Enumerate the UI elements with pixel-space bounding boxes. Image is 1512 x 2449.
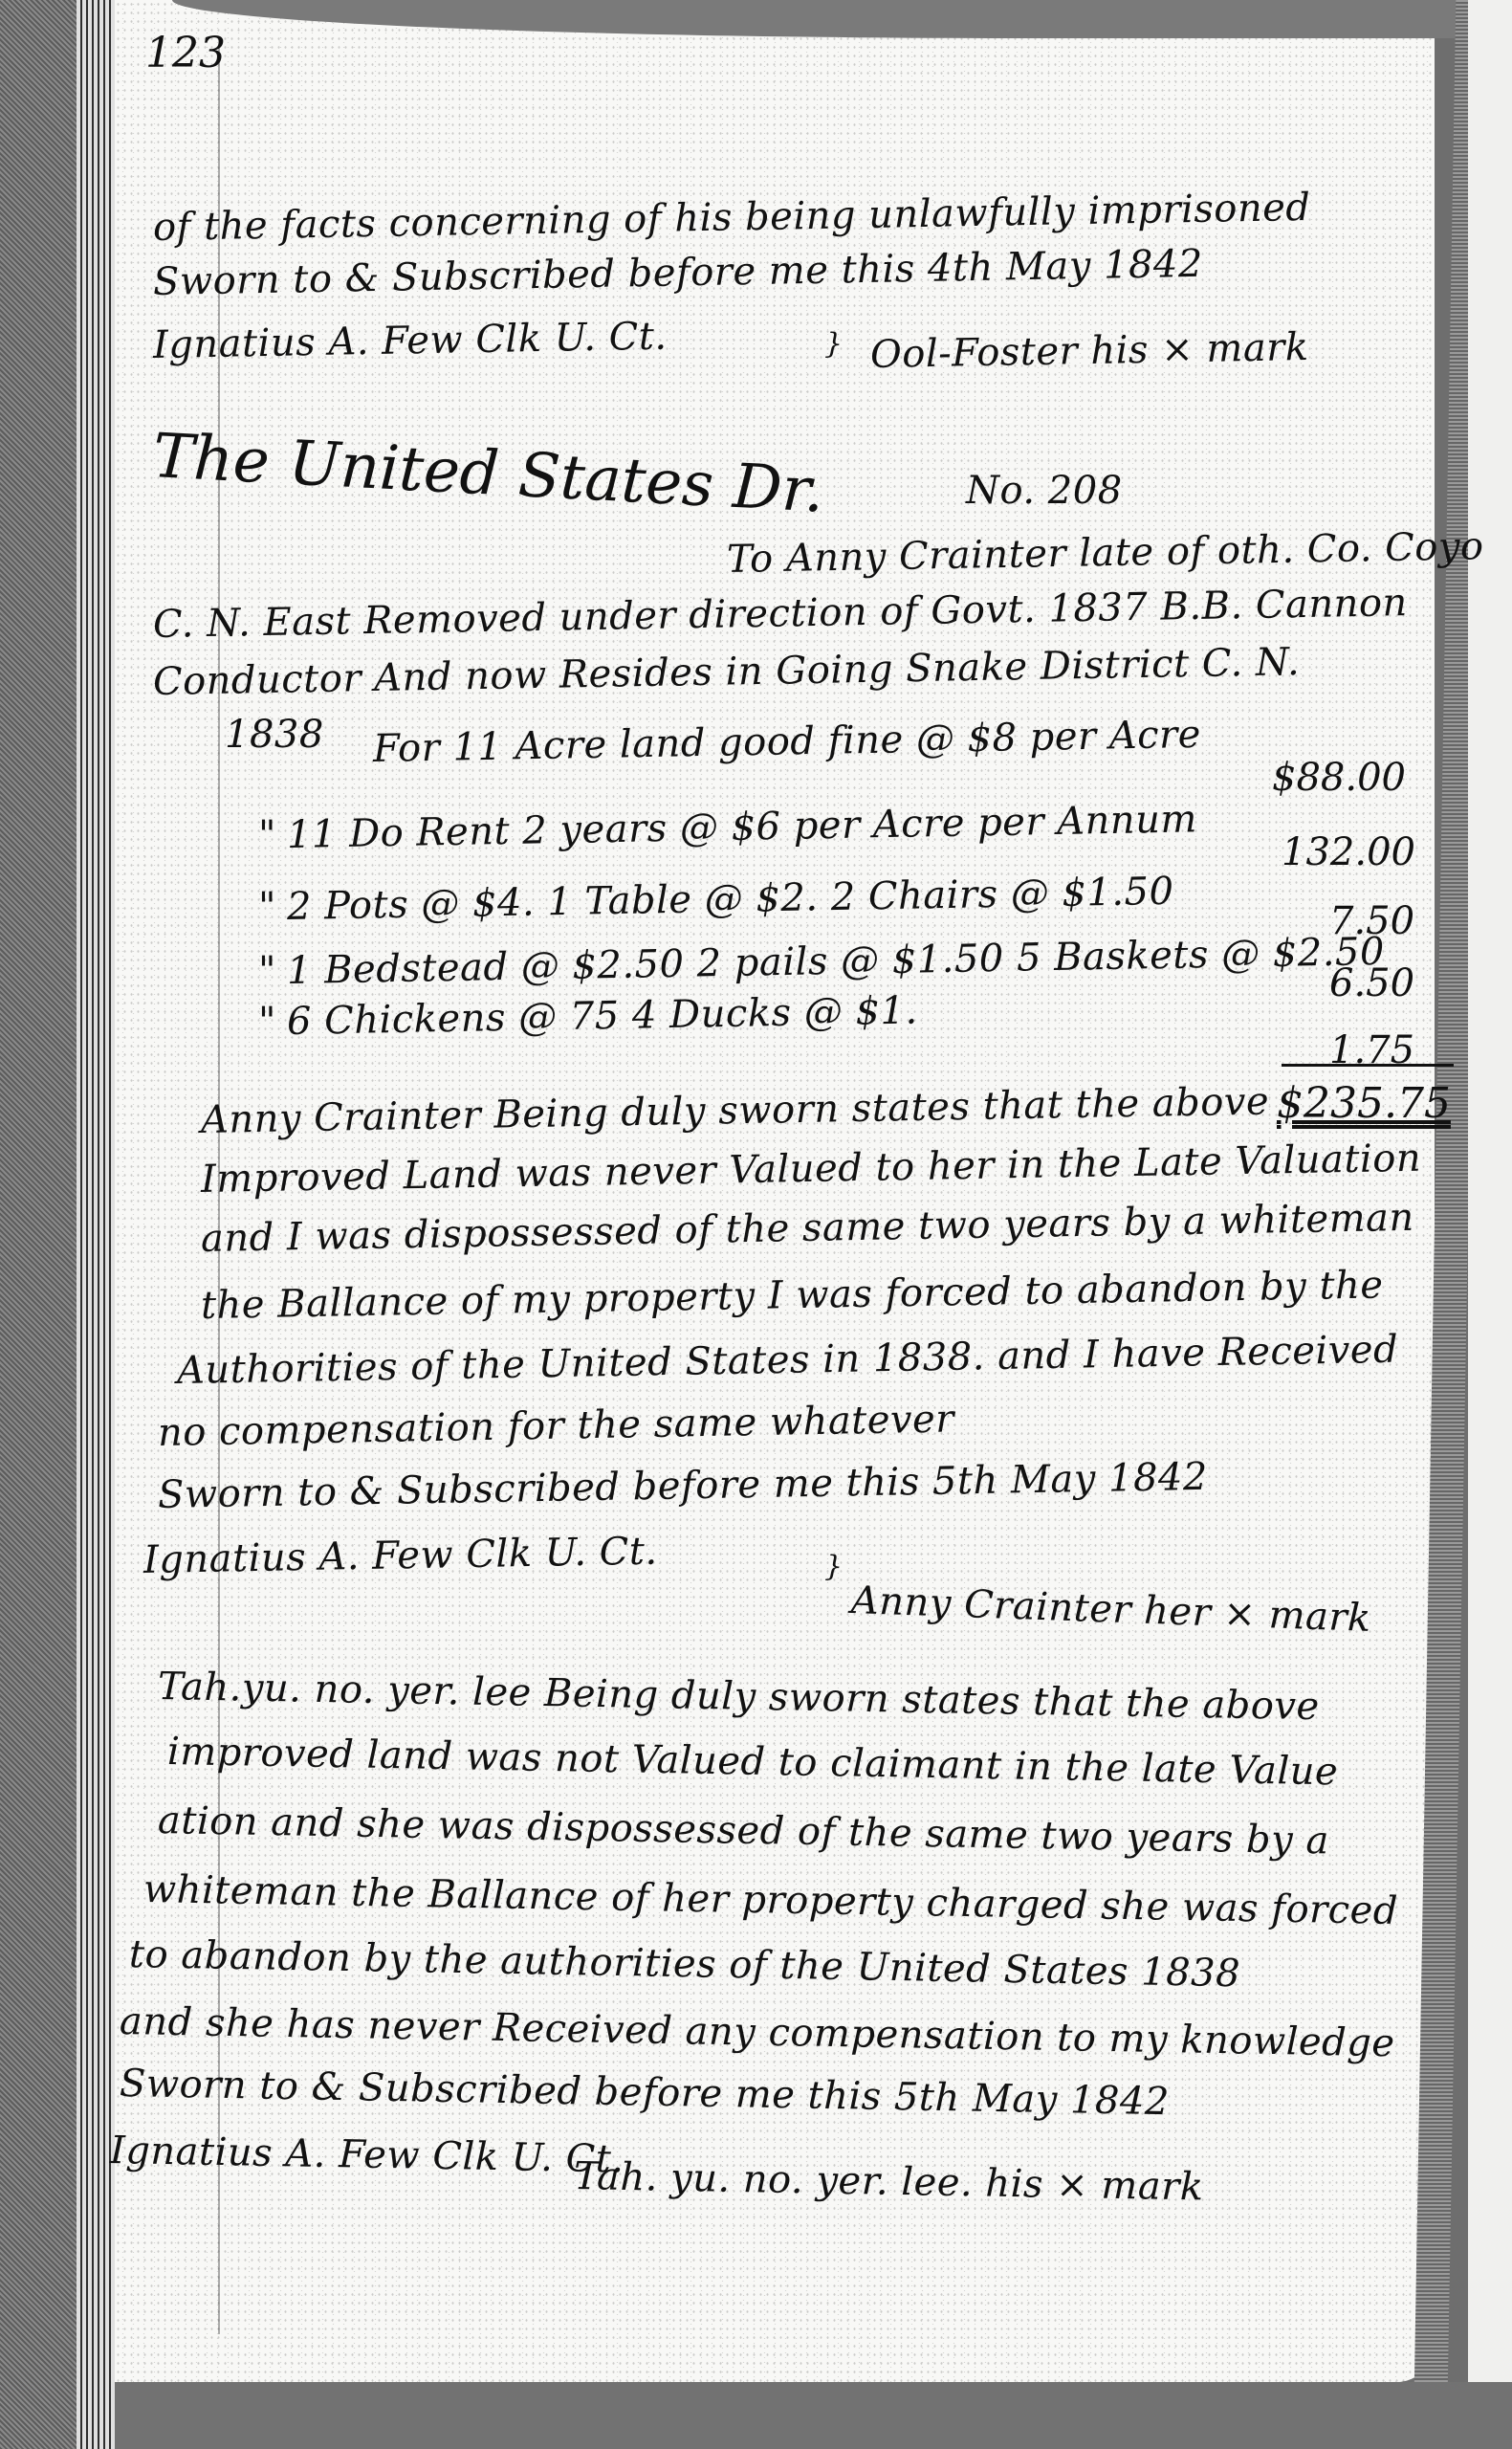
page-edge-stack (77, 0, 115, 2449)
ledger-ditto-mark: " (258, 813, 276, 857)
claimant-signature: Ool-Foster his × mark (870, 325, 1309, 377)
clerk-signature: Ignatius A. Few Clk U. Ct. (143, 1530, 658, 1582)
adjacent-page-edge (1468, 0, 1512, 2449)
bottom-page-edge (115, 2382, 1512, 2449)
claim-number: No. 208 (966, 469, 1123, 513)
signature-bracket-icon: } (824, 1550, 843, 1583)
ledger-item-amount: 132.00 (1282, 830, 1415, 874)
ledger-ditto-mark: " (258, 885, 276, 929)
ledger-item-amount: $88.00 (1272, 756, 1406, 800)
book-binding (0, 0, 77, 2449)
clerk-signature: Ignatius A. Few Clk U. Ct. (110, 2129, 625, 2181)
claim-year: 1838 (225, 713, 324, 757)
clerk-signature: Ignatius A. Few Clk U. Ct. (153, 315, 668, 367)
ledger-item-amount: 6.50 (1329, 961, 1414, 1005)
page-number: 123 (145, 29, 226, 77)
claim-total: $235.75 (1277, 1079, 1451, 1128)
ledger-ditto-mark: " (258, 949, 276, 993)
ledger-ditto-mark: " (258, 1000, 276, 1044)
signature-bracket-icon: } (824, 327, 843, 361)
sum-rule (1282, 1064, 1454, 1067)
